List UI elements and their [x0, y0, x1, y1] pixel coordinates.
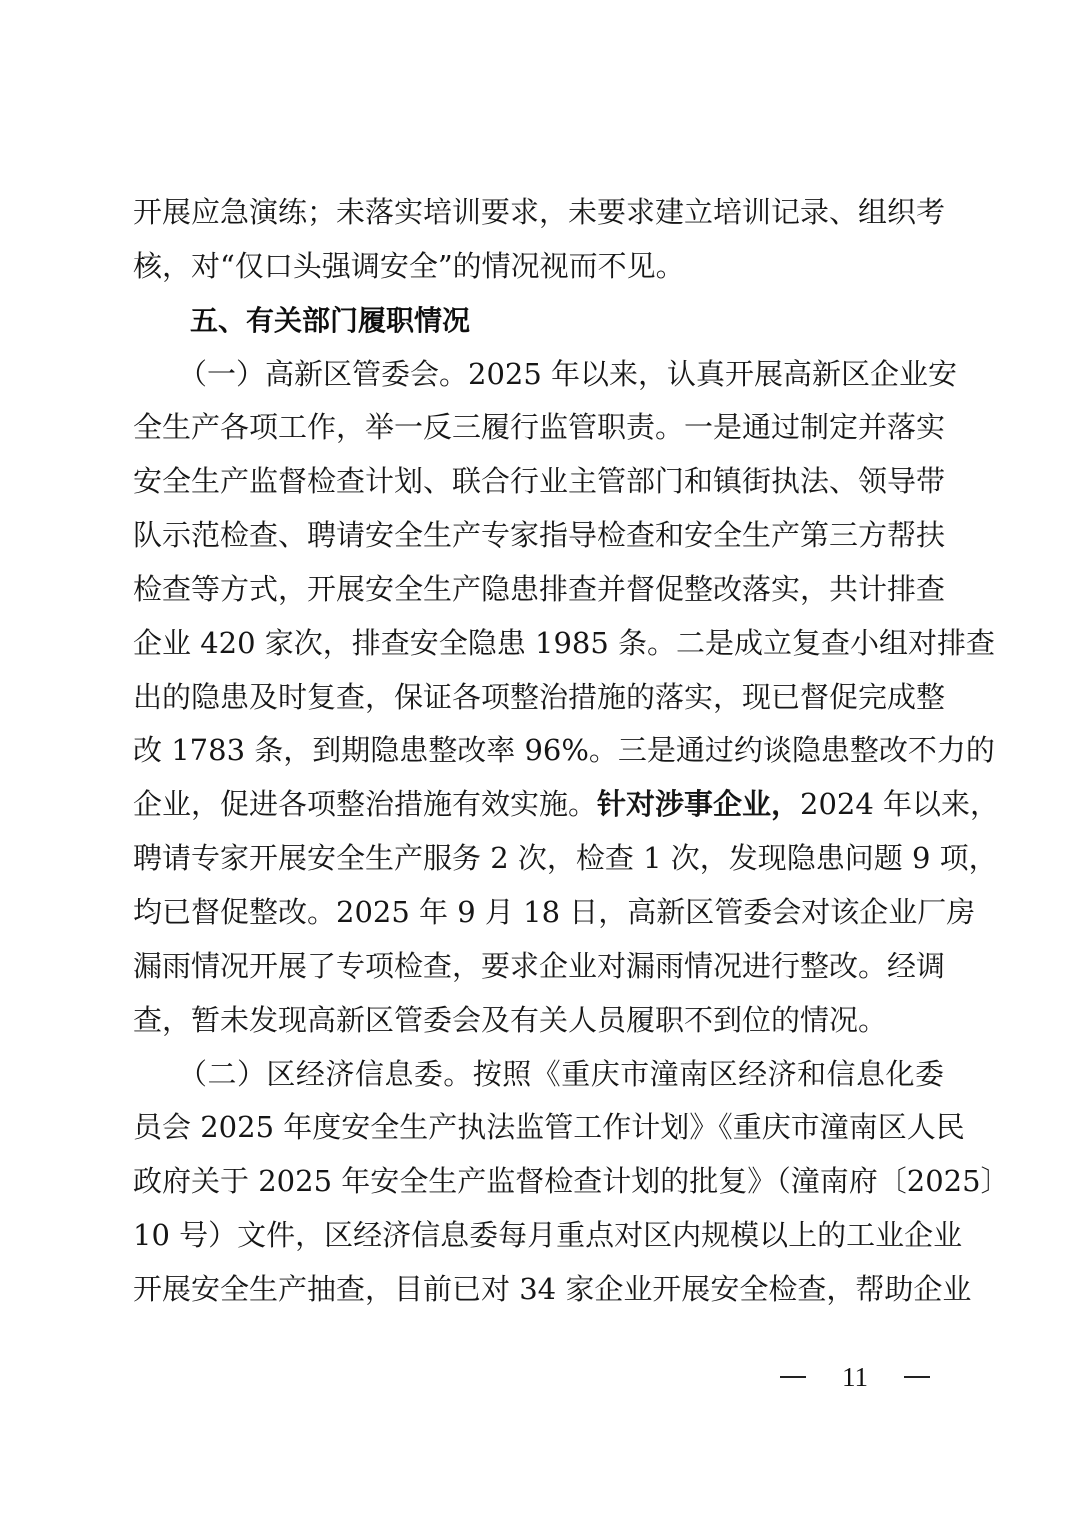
emphasis-text: 针对涉事企业，	[597, 787, 800, 821]
section-heading: 五、有关部门履职情况	[133, 294, 944, 348]
dash-right-icon	[904, 1376, 930, 1378]
document-page: 开展应急演练；未落实培训要求，未要求建立培训记录、组织考 核，对“仅口头强调安全…	[0, 0, 1074, 1520]
paragraph-line: 聘请专家开展安全生产服务 2 次，检查 1 次，发现隐患问题 9 项，	[133, 832, 944, 886]
paragraph-line: 核，对“仅口头强调安全”的情况视而不见。	[133, 240, 944, 294]
page-number: 11	[780, 1357, 930, 1397]
paragraph-line: 企业 420 家次，排查安全隐患 1985 条。二是成立复查小组对排查	[133, 617, 944, 671]
paragraph-line: 政府关于 2025 年安全生产监督检查计划的批复》（潼南府〔2025〕	[133, 1155, 944, 1209]
paragraph-line: 10 号）文件，区经济信息委每月重点对区内规模以上的工业企业	[133, 1209, 944, 1263]
paragraph-line: 查，暂未发现高新区管委会及有关人员履职不到位的情况。	[133, 994, 944, 1048]
paragraph-line: 队示范检查、聘请安全生产专家指导检查和安全生产第三方帮扶	[133, 509, 944, 563]
line-text: 2024 年以来，	[800, 787, 999, 821]
dash-left-icon	[780, 1376, 806, 1378]
paragraph-line: 漏雨情况开展了专项检查，要求企业对漏雨情况进行整改。经调	[133, 940, 944, 994]
paragraph-line: 改 1783 条，到期隐患整改率 96%。三是通过约谈隐患整改不力的	[133, 724, 944, 778]
line-text: 企业，促进各项整治措施有效实施。	[133, 787, 597, 821]
body-text: 开展应急演练；未落实培训要求，未要求建立培训记录、组织考 核，对“仅口头强调安全…	[133, 186, 944, 1317]
paragraph-line: （一）高新区管委会。2025 年以来，认真开展高新区企业安	[133, 348, 944, 402]
page-number-value: 11	[842, 1362, 868, 1393]
paragraph-line: 开展安全生产抽查，目前已对 34 家企业开展安全检查，帮助企业	[133, 1263, 944, 1317]
paragraph-line: 安全生产监督检查计划、联合行业主管部门和镇街执法、领导带	[133, 455, 944, 509]
paragraph-line: 均已督促整改。2025 年 9 月 18 日，高新区管委会对该企业厂房	[133, 886, 944, 940]
line-text: 按照《重庆市潼南区经济和信息化委	[473, 1057, 944, 1091]
paragraph-line: 检查等方式，开展安全生产隐患排查并督促整改落实，共计排查	[133, 563, 944, 617]
paragraph-line: 全生产各项工作，举一反三履行监管职责。一是通过制定并落实	[133, 401, 944, 455]
paragraph-line: 企业，促进各项整治措施有效实施。针对涉事企业，2024 年以来，	[133, 778, 944, 832]
paragraph-line: 开展应急演练；未落实培训要求，未要求建立培训记录、组织考	[133, 186, 944, 240]
paragraph-line: （二）区经济信息委。按照《重庆市潼南区经济和信息化委	[133, 1048, 944, 1102]
subsection-title: （二）区经济信息委。	[178, 1057, 473, 1091]
line-text: 2025 年以来，认真开展高新区企业安	[468, 357, 957, 391]
paragraph-line: 员会 2025 年度安全生产执法监管工作计划》《重庆市潼南区人民	[133, 1101, 944, 1155]
paragraph-line: 出的隐患及时复查，保证各项整治措施的落实，现已督促完成整	[133, 671, 944, 725]
subsection-title: （一）高新区管委会。	[178, 357, 468, 391]
